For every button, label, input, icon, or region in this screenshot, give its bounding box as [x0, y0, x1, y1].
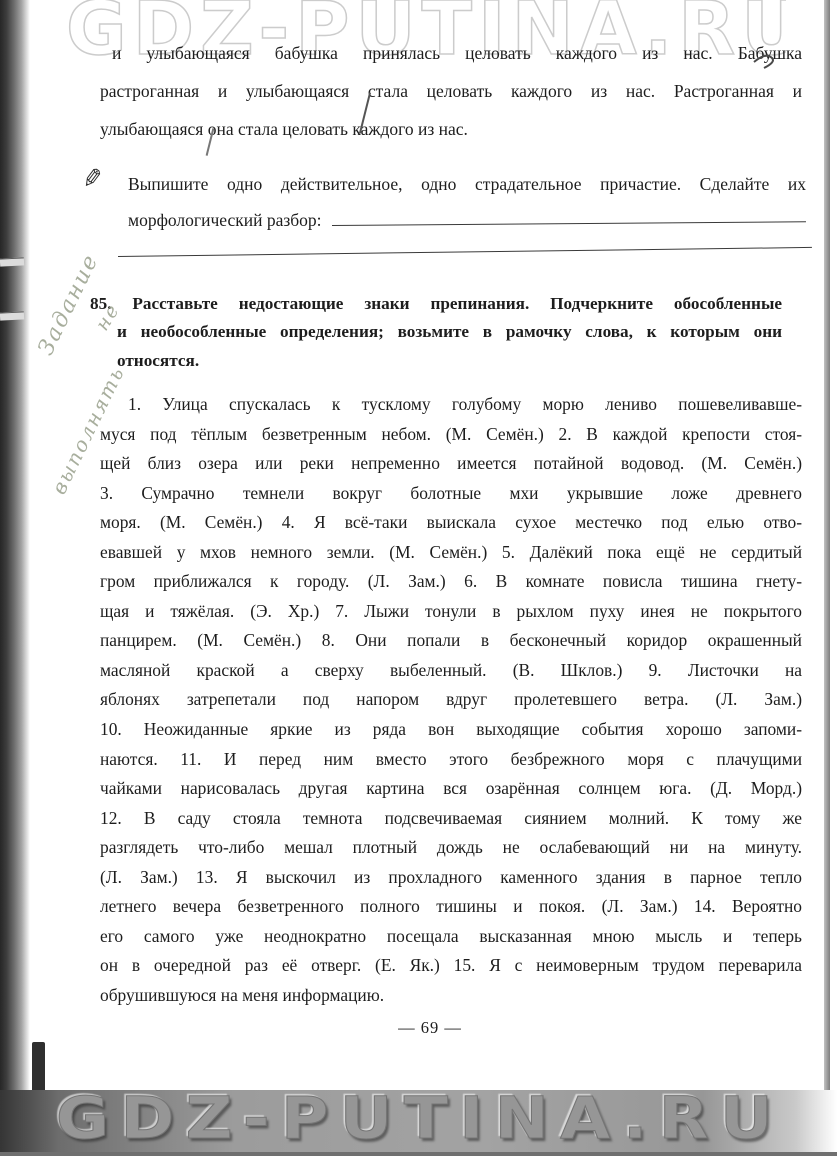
- body-line: щая и тяжёлая. (Э. Хр.) 7. Лыжи тонули в…: [100, 597, 802, 627]
- exercise-body-text: 1. Улица спускалась к тусклому голубому …: [100, 390, 802, 1010]
- body-line: обрушившуюся на меня информацию.: [100, 981, 802, 1011]
- body-line: панцирем. (М. Семён.) 8. Они попали в бе…: [100, 626, 802, 656]
- heading-line: и необособленные определения; возьмите в…: [117, 318, 782, 346]
- bottom-watermark: GDZ-PUTINA.RU: [56, 1084, 784, 1152]
- exercise-heading: 85. Расставьте недостающие знаки препина…: [90, 290, 782, 375]
- body-line: 10. Неожиданные яркие из ряда вон выходя…: [100, 715, 802, 745]
- body-line: он в очередной раз её отверг. (Е. Як.) 1…: [100, 951, 802, 981]
- body-line: его самого уже неоднократно посещала выс…: [100, 922, 802, 952]
- intro-line: улыбающаяся она стала целовать каждого и…: [100, 110, 802, 148]
- heading-line: 85. Расставьте недостающие знаки препина…: [90, 290, 782, 318]
- body-line: наются. 11. И перед ним вместо этого без…: [100, 745, 802, 775]
- spine-joint-mark: [0, 311, 24, 320]
- page-number: — 69 —: [100, 1018, 760, 1038]
- book-spine-shadow: [0, 0, 30, 1092]
- body-line: разглядеть что-либо мешал плотный дождь …: [100, 833, 802, 863]
- intro-line: и улыбающаяся бабушка принялась целовать…: [100, 34, 802, 72]
- intro-paragraph: и улыбающаяся бабушка принялась целовать…: [100, 34, 802, 148]
- handwritten-check-mark: [752, 48, 782, 72]
- body-line: 3. Сумрачно темнели вокруг болотные мхи …: [100, 479, 802, 509]
- intro-line: растроганная и улыбающаяся стала целоват…: [100, 72, 802, 110]
- task-line: Выпишите одно действительное, одно страд…: [128, 166, 806, 202]
- body-line: евавшей у мхов немного земли. (М. Семён.…: [100, 538, 802, 568]
- body-line: гром приближался к городу. (Л. Зам.) 6. …: [100, 567, 802, 597]
- body-line: летнего вечера безветренного полного тиш…: [100, 892, 802, 922]
- body-line: щей близ озера или реки непременно имеет…: [100, 449, 802, 479]
- body-line: масляной краской а сверху выбеленный. (В…: [100, 656, 802, 686]
- body-line: моря. (М. Семён.) 4. Я всё-таки выискала…: [100, 508, 802, 538]
- spine-joint-mark: [0, 257, 24, 266]
- page-edge-line: [824, 0, 830, 1092]
- body-line: муся под тёплым безветренным небом. (М. …: [100, 420, 802, 450]
- bottom-watermark-band: GDZ-PUTINA.RU: [0, 1090, 837, 1156]
- scan-smudge: [32, 1042, 45, 1092]
- answer-blank-line: [117, 209, 811, 257]
- body-line: 1. Улица спускалась к тусклому голубому …: [100, 390, 802, 420]
- heading-line: относятся.: [117, 347, 782, 375]
- body-line: яблонях затрепетали под напором вдруг пр…: [100, 685, 802, 715]
- scanned-textbook-page: GDZ-PUTINA.RU и улыбающаяся бабушка прин…: [0, 0, 837, 1158]
- body-line: (Л. Зам.) 13. Я выскочил из прохладного …: [100, 863, 802, 893]
- body-line: чайками нарисовалась другая картина вся …: [100, 774, 802, 804]
- body-line: 12. В саду стояла темнота подсвечиваемая…: [100, 804, 802, 834]
- pencil-icon: ✎: [80, 163, 105, 196]
